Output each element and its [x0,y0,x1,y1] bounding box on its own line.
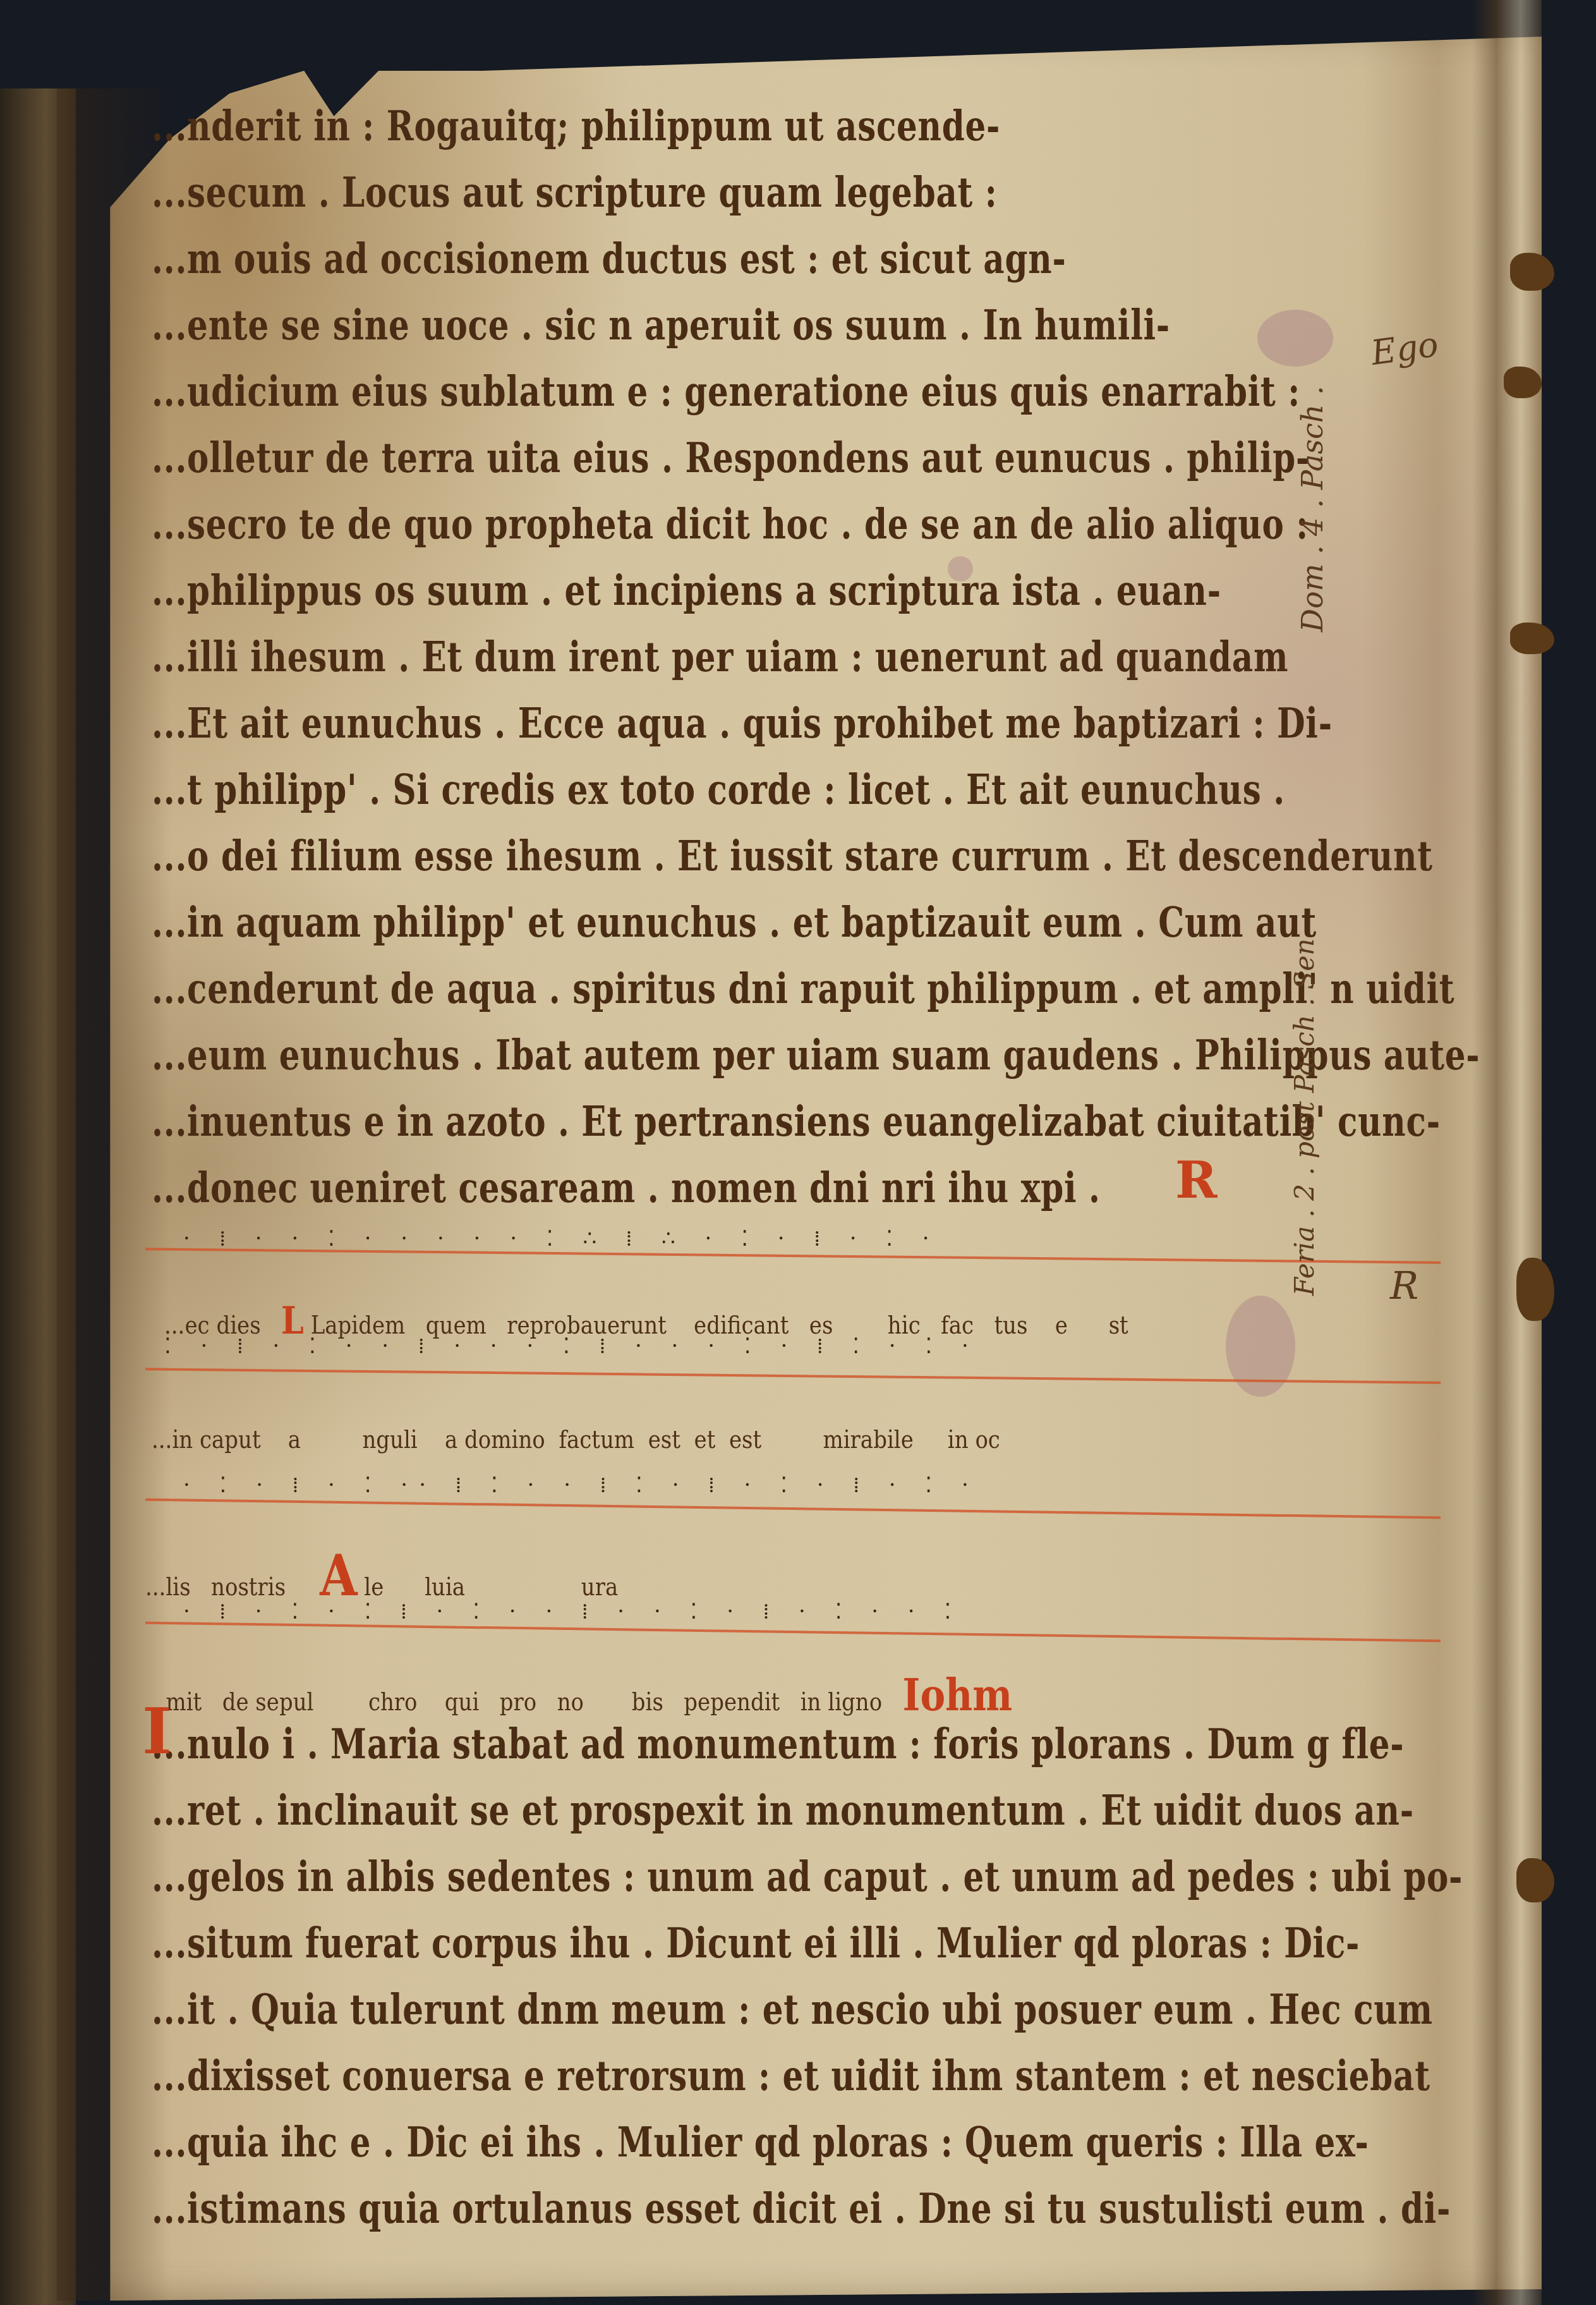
rubric-initial-l: L [281,1299,304,1343]
lyric-syllable: est [648,1425,680,1454]
lyric-syllable: qui [445,1688,480,1717]
lyric-syllable: le [364,1572,384,1602]
text-line: ...donec ueniret cesaream . nomen dni nr… [152,1163,1101,1212]
text-line: ...secro te de quo propheta dicit hoc . … [152,499,1309,549]
text-line: ...ente se sine uoce . sic n aperuit os … [152,300,1170,350]
lyric-syllable: factum [559,1425,634,1454]
text-line: ...gelos in albis sedentes : unum ad cap… [152,1852,1463,1901]
text-line: ...t philipp' . Si credis ex toto corde … [152,765,1285,814]
lyric-syllable: in oc [948,1425,1000,1454]
rubric-initial-alleluia: A [320,1542,357,1609]
text-line: ...dixisset conuersa e retrorsum : et ui… [152,2051,1430,2100]
edge-tear [1510,253,1554,291]
lyric-syllable: quem [426,1311,487,1340]
lyric-syllable: et [694,1425,716,1454]
margin-note: R [1390,1264,1418,1308]
text-line: ...it . Quia tulerunt dnm meum : et nesc… [152,1985,1433,2034]
lyric-syllable: tus [994,1311,1027,1340]
text-line: ...illi ihesum . Et dum irent per uiam :… [152,632,1288,681]
lyric-syllable: reprobauerunt [507,1311,667,1340]
lyric-syllable: fac [941,1311,974,1340]
text-line: ...udicium eius sublatum e : generatione… [152,367,1300,416]
chant-lyric-line: ...mit de sepul chro qui pro no bis pepe… [145,1669,1012,1721]
lyric-syllable: ura [581,1572,618,1602]
text-line: ...nulo i . Maria stabat ad monumentum :… [152,1719,1404,1768]
lyric-syllable: pro [500,1688,536,1717]
text-line: ...quia ihc e . Dic ei ihs . Mulier qd p… [152,2117,1369,2167]
neume-row: · ⁚ · ⁞ · ⁚ ·· ⁞ ⁚ · · ⁞ ⁚ · ⁞ · ⁚ · ⁞ ·… [183,1473,980,1498]
chant-lyric-line: ...ec dies L Lapidem quem reprobauerunt … [164,1299,1128,1343]
lyric-syllable: luia [425,1572,465,1602]
lyric-syllable: Lapidem [311,1311,406,1340]
margin-note-vertical: Dom . 4 . Pasch . [1295,386,1329,632]
right-fold-edge [1472,0,1542,2305]
lyric-syllable: pependit [684,1688,780,1717]
text-line: ...m ouis ad occisionem ductus est : et … [152,234,1067,283]
lyric-syllable: de sepul [222,1688,314,1717]
text-line: ...situm fuerat corpus ihu . Dicunt ei i… [152,1918,1360,1967]
text-line: ...olletur de terra uita eius . Responde… [152,433,1310,482]
lyric-syllable: bis [632,1688,663,1717]
lyric-syllable: ...in caput [152,1425,261,1454]
lyric-syllable: in ligno [801,1688,882,1717]
lyric-syllable: ...ec dies [164,1311,261,1340]
rubric-response: R [1175,1150,1217,1210]
lyric-syllable: ...lis [145,1572,191,1602]
lyric-syllable: est [729,1425,761,1454]
rubric-gospel-john: Iohm [903,1669,1013,1721]
text-line: ...o dei filium esse ihesum . Et iussit … [152,831,1433,880]
lyric-syllable: chro [368,1688,418,1717]
lyric-syllable: mirabile [823,1425,914,1454]
edge-tear [1516,1258,1554,1321]
text-line: ...cenderunt de aqua . spiritus dni rapu… [152,964,1454,1013]
margin-note-vertical: Feria . 2 . post Pasch . Sen [1289,939,1320,1296]
lyric-syllable: a [288,1425,301,1454]
text-line: ...philippus os suum . et incipiens a sc… [152,566,1221,615]
text-line: ...Et ait eunuchus . Ecce aqua . quis pr… [152,698,1333,748]
lyric-syllable: nguli [362,1425,417,1454]
lyric-syllable: es [809,1311,833,1340]
lyric-syllable: no [557,1688,584,1717]
chant-lyric-line: ...in caput a nguli a domino factum est … [152,1425,1000,1454]
ink-stain [1257,310,1333,367]
text-line: ...istimans quia ortulanus esset dicit e… [152,2184,1451,2233]
text-line: ...in aquam philipp' et eunuchus . et ba… [152,897,1317,947]
rubric-initial-i: I [142,1694,172,1768]
edge-tear [1516,1858,1554,1902]
lyric-syllable: a domino [445,1425,545,1454]
text-line: ...secum . Locus aut scripture quam lege… [152,167,998,217]
neume-row: · ⁞ · · ⁚ · · · · · ⁚ ∴ ⁞ ∴ · ⁚ · ⁞ · ⁚ … [183,1226,941,1251]
chant-lyric-line: ...lis nostris A le luia ura [145,1542,618,1609]
text-line: ...ret . inclinauit se et prospexit in m… [152,1785,1414,1835]
text-line: ...inuentus e in azoto . Et pertransiens… [152,1097,1441,1146]
edge-tear [1504,367,1542,398]
lyric-syllable: edificant [694,1311,789,1340]
lyric-syllable: st [1109,1311,1128,1340]
text-line: ...nderit in : Rogauitq; philippum ut as… [152,101,1000,150]
text-line: ...eum eunuchus . Ibat autem per uiam su… [152,1030,1480,1080]
lyric-syllable: nostris [211,1572,286,1602]
lyric-syllable: e [1055,1311,1068,1340]
edge-tear [1510,623,1554,654]
lyric-syllable: hic [888,1311,921,1340]
